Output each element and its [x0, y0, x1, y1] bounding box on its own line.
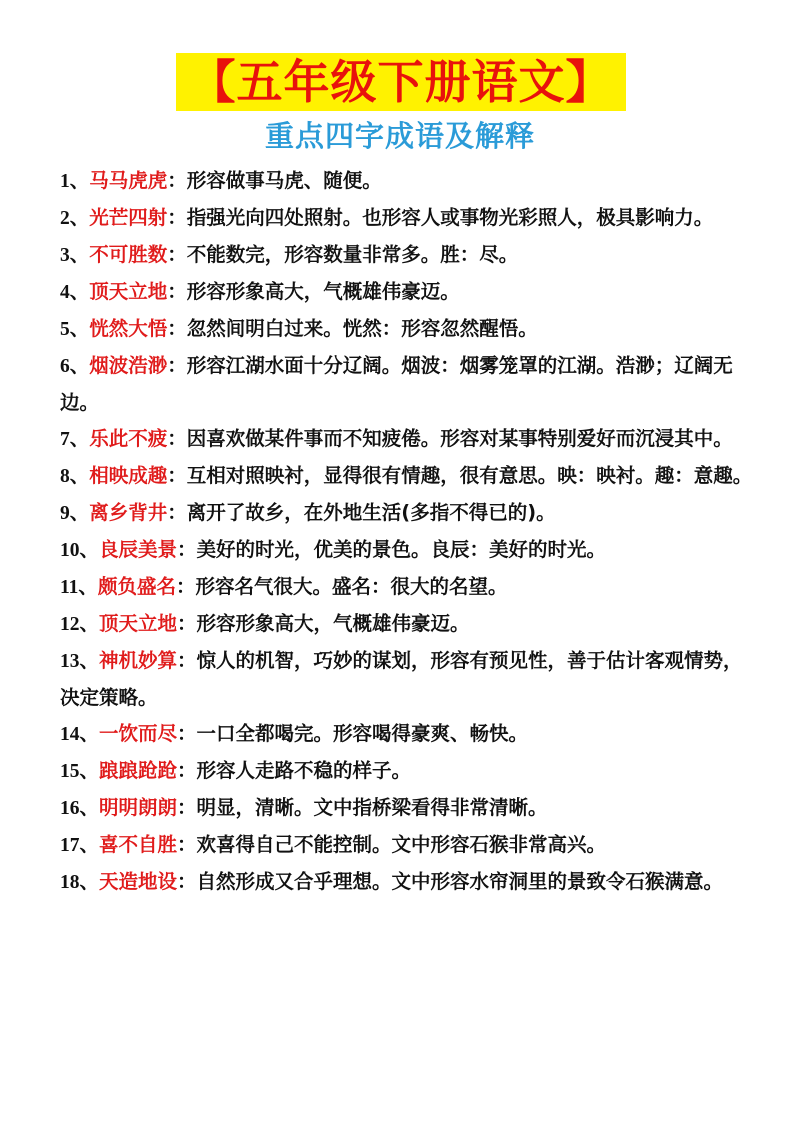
list-item: 18、天造地设：自然形成又合乎理想。文中形容水帘洞里的景致令石猴满意。	[60, 864, 760, 901]
separator: ：	[167, 317, 187, 340]
item-number: 16、	[60, 798, 99, 819]
list-item: 4、顶天立地：形容形象高大，气概雄伟豪迈。	[60, 274, 760, 311]
idiom-definition: 形容人走路不稳的样子。	[197, 759, 412, 782]
separator: ：	[177, 870, 197, 893]
idiom-definition: 明显，清晰。文中指桥梁看得非常清晰。	[197, 796, 548, 819]
item-number: 2、	[60, 208, 89, 229]
list-item: 14、一饮而尽：一口全都喝完。形容喝得豪爽、畅快。	[60, 716, 760, 753]
idiom-definition: 一口全都喝完。形容喝得豪爽、畅快。	[197, 722, 529, 745]
idiom-term: 明明朗朗	[99, 796, 177, 819]
separator: ：	[167, 280, 187, 303]
idiom-definition: 美好的时光，优美的景色。良辰：美好的时光。	[197, 538, 607, 561]
separator: ：	[167, 354, 187, 377]
separator: ：	[177, 612, 197, 635]
separator: ：	[177, 722, 197, 745]
page-title: 【五年级下册语文】	[190, 59, 613, 105]
list-item: 10、良辰美景：美好的时光，优美的景色。良辰：美好的时光。	[60, 532, 760, 569]
list-item: 13、神机妙算：惊人的机智，巧妙的谋划，形容有预见性，善于估计客观情势，决定策略…	[60, 643, 760, 716]
idiom-definition: 互相对照映衬，显得很有情趣，很有意思。映：映衬。趣：意趣。	[187, 464, 753, 487]
separator: ：	[167, 243, 187, 266]
list-item: 9、离乡背井：离开了故乡，在外地生活(多指不得已的)。	[60, 495, 760, 532]
list-item: 16、明明朗朗：明显，清晰。文中指桥梁看得非常清晰。	[60, 790, 760, 827]
item-number: 6、	[60, 356, 89, 377]
separator: ：	[176, 575, 196, 598]
item-number: 3、	[60, 245, 89, 266]
separator: ：	[167, 206, 187, 229]
idiom-term: 不可胜数	[89, 243, 167, 266]
page-subtitle: 重点四字成语及解释	[0, 116, 800, 156]
separator: ：	[167, 427, 187, 450]
title-banner: 【五年级下册语文】	[176, 53, 626, 111]
item-number: 14、	[60, 724, 99, 745]
list-item: 12、顶天立地：形容形象高大，气概雄伟豪迈。	[60, 606, 760, 643]
list-item: 5、恍然大悟：忽然间明白过来。恍然：形容忽然醒悟。	[60, 311, 760, 348]
separator: ：	[177, 796, 197, 819]
separator: ：	[177, 538, 197, 561]
list-item: 2、光芒四射：指强光向四处照射。也形容人或事物光彩照人，极具影响力。	[60, 200, 760, 237]
item-number: 18、	[60, 872, 99, 893]
item-number: 13、	[60, 651, 99, 672]
idiom-term: 烟波浩渺	[89, 354, 167, 377]
item-number: 15、	[60, 761, 99, 782]
item-number: 17、	[60, 835, 99, 856]
list-item: 15、踉踉跄跄：形容人走路不稳的样子。	[60, 753, 760, 790]
list-item: 7、乐此不疲：因喜欢做某件事而不知疲倦。形容对某事特别爱好而沉浸其中。	[60, 421, 760, 458]
separator: ：	[177, 759, 197, 782]
separator: ：	[167, 501, 187, 524]
item-number: 10、	[60, 540, 99, 561]
item-number: 1、	[60, 171, 89, 192]
idiom-definition: 忽然间明白过来。恍然：形容忽然醒悟。	[187, 317, 538, 340]
item-number: 9、	[60, 503, 89, 524]
item-number: 7、	[60, 429, 89, 450]
idiom-term: 神机妙算	[99, 649, 177, 672]
idiom-definition: 形容名气很大。盛名：很大的名望。	[195, 575, 507, 598]
list-item: 1、马马虎虎：形容做事马虎、随便。	[60, 163, 760, 200]
idiom-term: 恍然大悟	[89, 317, 167, 340]
idiom-term: 顶天立地	[89, 280, 167, 303]
idiom-definition: 指强光向四处照射。也形容人或事物光彩照人，极具影响力。	[187, 206, 714, 229]
idiom-definition: 自然形成又合乎理想。文中形容水帘洞里的景致令石猴满意。	[197, 870, 724, 893]
idiom-term: 马马虎虎	[89, 169, 167, 192]
list-item: 3、不可胜数：不能数完，形容数量非常多。胜：尽。	[60, 237, 760, 274]
item-number: 11、	[60, 577, 98, 598]
idiom-definition: 因喜欢做某件事而不知疲倦。形容对某事特别爱好而沉浸其中。	[187, 427, 733, 450]
idiom-definition: 离开了故乡，在外地生活(多指不得已的)。	[187, 501, 556, 524]
idiom-term: 喜不自胜	[99, 833, 177, 856]
idiom-term: 相映成趣	[89, 464, 167, 487]
item-number: 4、	[60, 282, 89, 303]
list-item: 6、烟波浩渺：形容江湖水面十分辽阔。烟波：烟雾笼罩的江湖。浩渺；辽阔无边。	[60, 348, 760, 421]
idiom-term: 天造地设	[99, 870, 177, 893]
idiom-definition: 形容形象高大，气概雄伟豪迈。	[197, 612, 470, 635]
list-item: 17、喜不自胜：欢喜得自己不能控制。文中形容石猴非常高兴。	[60, 827, 760, 864]
idiom-definition: 形容做事马虎、随便。	[187, 169, 382, 192]
list-item: 11、颇负盛名：形容名气很大。盛名：很大的名望。	[60, 569, 760, 606]
item-number: 12、	[60, 614, 99, 635]
item-number: 8、	[60, 466, 89, 487]
separator: ：	[177, 649, 197, 672]
idiom-definition: 形容形象高大，气概雄伟豪迈。	[187, 280, 460, 303]
idiom-term: 踉踉跄跄	[99, 759, 177, 782]
idiom-term: 颇负盛名	[98, 575, 176, 598]
separator: ：	[177, 833, 197, 856]
idiom-term: 离乡背井	[89, 501, 167, 524]
separator: ：	[167, 464, 187, 487]
idiom-term: 良辰美景	[99, 538, 177, 561]
idiom-list: 1、马马虎虎：形容做事马虎、随便。 2、光芒四射：指强光向四处照射。也形容人或事…	[60, 163, 760, 901]
item-number: 5、	[60, 319, 89, 340]
idiom-definition: 欢喜得自己不能控制。文中形容石猴非常高兴。	[197, 833, 607, 856]
idiom-term: 顶天立地	[99, 612, 177, 635]
separator: ：	[167, 169, 187, 192]
idiom-term: 一饮而尽	[99, 722, 177, 745]
idiom-term: 光芒四射	[89, 206, 167, 229]
idiom-term: 乐此不疲	[89, 427, 167, 450]
list-item: 8、相映成趣：互相对照映衬，显得很有情趣，很有意思。映：映衬。趣：意趣。	[60, 458, 760, 495]
idiom-definition: 不能数完，形容数量非常多。胜：尽。	[187, 243, 519, 266]
